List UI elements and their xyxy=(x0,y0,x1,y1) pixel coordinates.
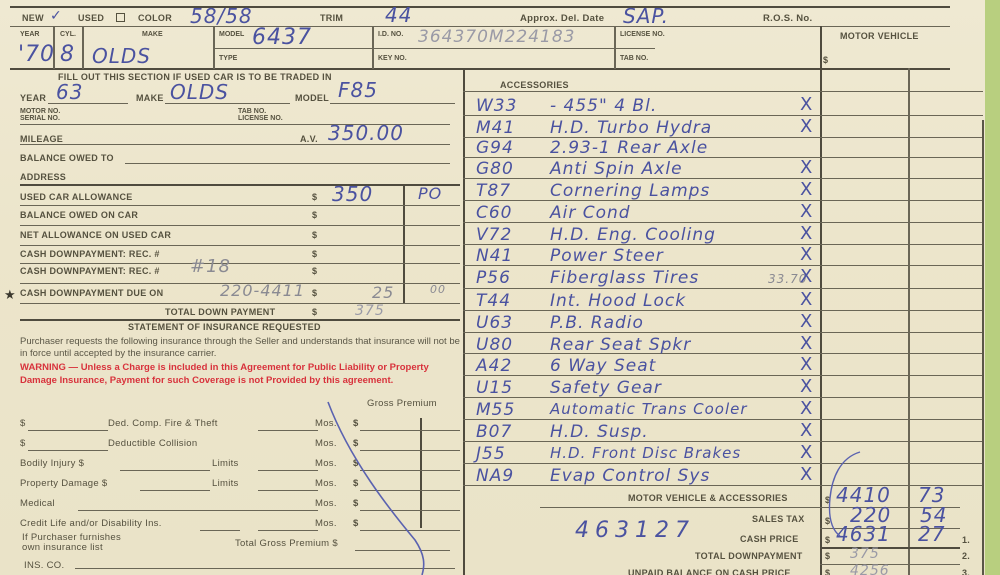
divider xyxy=(125,163,450,164)
cash-price-label: CASH PRICE xyxy=(740,534,799,544)
row-prefix: $ xyxy=(20,418,26,429)
type-label: Type xyxy=(219,55,237,62)
motor-vehicle-label: MOTOR VEHICLE xyxy=(840,31,919,41)
accessory-code: U63 xyxy=(476,313,513,333)
key-no-label: KEY No. xyxy=(378,55,407,62)
av-label: A.V. xyxy=(300,134,318,144)
sales-tax-label: SALES TAX xyxy=(752,514,805,524)
accessory-code: G94 xyxy=(476,138,514,158)
trade-tab-no-label: Tab No. xyxy=(238,108,266,115)
total-downpayment-line: 2. xyxy=(962,551,970,561)
divider xyxy=(908,68,910,575)
divider xyxy=(20,225,460,226)
accessory-check: X xyxy=(800,201,813,222)
serial-no-label: Serial No. xyxy=(20,115,60,122)
new-checkmark: ✓ xyxy=(50,8,63,24)
divider xyxy=(330,103,455,104)
divider xyxy=(982,120,984,575)
divider xyxy=(20,184,460,186)
row-prefix: Property Damage $ xyxy=(20,478,107,489)
accessory-check: X xyxy=(800,157,813,178)
accessory-code: J55 xyxy=(476,444,506,464)
accessory-check: X xyxy=(800,94,813,115)
divider xyxy=(10,68,470,70)
accessory-row: NA9 Evap Control Sys X xyxy=(470,466,825,488)
row-prefix: Bodily Injury $ xyxy=(20,458,84,469)
divider xyxy=(48,103,128,104)
row-dollar: $ xyxy=(312,266,317,276)
row-label: BALANCE OWED ON CAR xyxy=(20,210,138,220)
row-label: CASH DOWNPAYMENT: REC. # xyxy=(20,249,160,259)
row-dollar: $ xyxy=(312,210,317,220)
accessory-check: X xyxy=(800,116,813,137)
accessory-desc: Anti Spin Axle xyxy=(550,159,683,179)
accessories-title: ACCESSORIES xyxy=(500,80,569,90)
id-no-label: I.D. No. xyxy=(378,31,403,38)
row-cents: 00 xyxy=(430,283,446,296)
divider xyxy=(213,26,215,69)
divider xyxy=(78,510,258,511)
divider xyxy=(82,26,84,69)
unpaid-balance-value: 4256 xyxy=(850,563,890,575)
accessory-row: M41 H.D. Turbo Hydra X xyxy=(470,118,825,140)
make-value: OLDS xyxy=(92,44,151,68)
ins-co-label: INS. CO. xyxy=(24,560,64,571)
accessory-row: U80 Rear Seat Spkr X xyxy=(470,335,825,357)
divider xyxy=(820,564,960,565)
unpaid-balance-dollar: $ xyxy=(825,568,830,575)
row-prefix: Medical xyxy=(20,498,55,509)
cyl-label: Cyl. xyxy=(60,31,76,38)
row-prefix: $ xyxy=(20,438,26,449)
motor-no-label: Motor No. xyxy=(20,108,60,115)
trade-model-label: MODEL xyxy=(295,93,329,103)
accessory-row: P56 Fiberglass Tires 33.70 X xyxy=(470,268,825,290)
divider xyxy=(20,205,460,206)
cyl-value: 8 xyxy=(60,42,75,67)
make-label: Make xyxy=(142,31,163,38)
divider xyxy=(20,245,460,246)
divider xyxy=(20,144,450,145)
total-downpayment-label: TOTAL DOWNPAYMENT xyxy=(695,551,803,561)
accessory-code: T44 xyxy=(476,291,511,311)
divider xyxy=(372,26,374,69)
new-label: NEW xyxy=(22,13,44,23)
insurance-intro: Purchaser requests the following insuran… xyxy=(20,336,460,360)
accessory-code: C60 xyxy=(476,203,513,223)
divider xyxy=(460,68,950,70)
accessory-desc: H.D. Front Disc Brakes xyxy=(550,444,741,462)
accessory-desc: Cornering Lamps xyxy=(550,181,710,201)
row-prefix: Credit Life and/or Disability Ins. xyxy=(20,518,162,529)
trade-model-value: F85 xyxy=(338,78,378,102)
margin-note: 463127 xyxy=(575,518,695,543)
divider xyxy=(10,6,950,8)
row-dollar: $ xyxy=(312,249,317,259)
accessory-row: T44 Int. Hood Lock X xyxy=(470,291,825,313)
divider xyxy=(540,507,960,508)
color-value: 58/58 xyxy=(190,4,253,28)
accessory-desc: P.B. Radio xyxy=(550,313,644,333)
divider xyxy=(463,91,983,92)
accessory-code: W33 xyxy=(476,96,517,116)
total-downpayment-dollar: $ xyxy=(825,551,830,561)
accessory-check: X xyxy=(800,244,813,265)
divider xyxy=(200,530,240,531)
accessory-check: X xyxy=(800,376,813,397)
id-no-value: 364370M224183 xyxy=(418,27,575,47)
divider xyxy=(258,490,318,491)
accessory-row: N41 Power Steer X xyxy=(470,246,825,268)
divider xyxy=(463,68,465,575)
accessory-code: V72 xyxy=(476,225,512,245)
accessory-row: U15 Safety Gear X xyxy=(470,378,825,400)
accessory-check: X xyxy=(800,398,813,419)
accessory-code: M55 xyxy=(476,400,515,420)
star-icon: ★ xyxy=(4,287,16,303)
accessory-code: G80 xyxy=(476,159,514,179)
accessory-desc: Automatic Trans Cooler xyxy=(550,400,748,418)
accessory-code: U15 xyxy=(476,378,513,398)
accessory-row: J55 H.D. Front Disc Brakes X xyxy=(470,444,825,466)
accessory-check: X xyxy=(800,311,813,332)
accessory-check: X xyxy=(800,266,813,287)
trim-value: 44 xyxy=(385,3,412,27)
total-down-payment-value: 375 xyxy=(355,303,385,319)
row-value: 350 xyxy=(332,182,373,206)
license-no-label: License No. xyxy=(620,31,665,38)
cash-price-line: 1. xyxy=(962,535,970,545)
accessory-row: W33 - 455" 4 Bl. X xyxy=(470,96,825,118)
mileage-label: MILEAGE xyxy=(20,134,63,144)
accessory-row: A42 6 Way Seat X xyxy=(470,356,825,378)
trim-label: TRIM xyxy=(320,13,343,23)
trade-license-no-label: License No. xyxy=(238,115,283,122)
pen-bracket xyxy=(810,448,870,538)
trade-year-label: YEAR xyxy=(20,93,46,103)
total-down-payment-dollar: $ xyxy=(312,307,317,317)
accessory-desc: 2.93-1 Rear Axle xyxy=(550,138,708,158)
approx-delivery-date-value: SAP. xyxy=(623,4,669,28)
cash-price-cents: 27 xyxy=(918,522,945,546)
row-cents: PO xyxy=(418,184,442,203)
divider xyxy=(258,530,318,531)
accessory-check: X xyxy=(800,289,813,310)
accessory-code: M41 xyxy=(476,118,515,138)
row-dollar: $ xyxy=(312,192,317,202)
row-label: Ded. Comp. Fire & Theft xyxy=(108,418,218,429)
accessory-desc: Power Steer xyxy=(550,246,664,266)
insurance-warning: WARNING — Unless a Charge is included in… xyxy=(20,361,458,387)
approx-delivery-date-label: Approx. Del. Date xyxy=(520,13,604,24)
divider xyxy=(20,319,460,321)
row-dollar: $ xyxy=(312,288,317,298)
trade-year-value: 63 xyxy=(56,80,83,104)
accessory-desc: Safety Gear xyxy=(550,378,662,398)
divider xyxy=(120,470,210,471)
divider xyxy=(258,510,318,511)
model-label: Model xyxy=(219,31,244,38)
row-limits: Limits xyxy=(212,478,239,489)
av-value: 350.00 xyxy=(328,121,404,145)
accessory-row: V72 H.D. Eng. Cooling X xyxy=(470,225,825,247)
year-value: '70 xyxy=(18,42,55,67)
accessory-check: X xyxy=(800,354,813,375)
divider xyxy=(614,26,616,69)
accessory-check: X xyxy=(800,420,813,441)
accessory-desc: - 455" 4 Bl. xyxy=(550,96,657,116)
accessory-code: NA9 xyxy=(476,466,514,486)
row-label: CASH DOWNPAYMENT DUE ON xyxy=(20,288,163,298)
insurance-title: STATEMENT OF INSURANCE REQUESTED xyxy=(128,322,321,332)
row-note: 220-4411 xyxy=(220,281,305,300)
accessory-desc: Rear Seat Spkr xyxy=(550,335,691,355)
accessory-check: X xyxy=(800,179,813,200)
unpaid-balance-line: 3. xyxy=(962,568,970,575)
accessory-row: G80 Anti Spin Axle X xyxy=(470,159,825,181)
accessory-desc: H.D. Eng. Cooling xyxy=(550,225,716,245)
unpaid-balance-label: UNPAID BALANCE ON CASH PRICE xyxy=(628,568,791,575)
divider xyxy=(20,263,460,264)
row-label: USED CAR ALLOWANCE xyxy=(20,192,133,202)
balance-owed-to-label: BALANCE OWED TO xyxy=(20,153,114,163)
model-value: 6437 xyxy=(252,25,312,50)
allowance-row: CASH DOWNPAYMENT: REC. # $ xyxy=(20,248,460,268)
accessory-row: M55 Automatic Trans Cooler X xyxy=(470,400,825,422)
accessory-code: B07 xyxy=(476,422,512,442)
accessory-check: X xyxy=(800,333,813,354)
purchaser-furnishes-label: If Purchaser furnishes own insurance lis… xyxy=(22,533,132,553)
divider xyxy=(258,430,318,431)
row-label: Deductible Collision xyxy=(108,438,197,449)
total-downpayment-value: 375 xyxy=(850,546,880,562)
year-label: Year xyxy=(20,31,39,38)
accessory-desc: 6 Way Seat xyxy=(550,356,656,376)
accessory-check: X xyxy=(800,223,813,244)
accessory-row: T87 Cornering Lamps X xyxy=(470,181,825,203)
tab-no-label: Tab No. xyxy=(620,55,648,62)
sales-form: NEW ✓ USED COLOR 58/58 TRIM 44 Approx. D… xyxy=(0,0,985,575)
row-limits: Limits xyxy=(212,458,239,469)
accessory-code: N41 xyxy=(476,246,513,266)
trade-make-value: OLDS xyxy=(170,80,229,104)
accessory-row: C60 Air Cond X xyxy=(470,203,825,225)
accessory-desc: Fiberglass Tires xyxy=(550,268,699,288)
address-label: ADDRESS xyxy=(20,172,66,182)
divider xyxy=(165,103,290,104)
accessory-desc: H.D. Susp. xyxy=(550,422,649,442)
accessory-row: U63 P.B. Radio X xyxy=(470,313,825,335)
accessory-row: B07 H.D. Susp. X xyxy=(470,422,825,444)
divider xyxy=(20,303,460,304)
used-label: USED xyxy=(78,13,104,23)
accessory-row: G94 2.93-1 Rear Axle xyxy=(470,138,825,160)
row-value: 25 xyxy=(372,283,394,302)
row-note: #18 xyxy=(190,256,231,277)
allowance-row: CASH DOWNPAYMENT DUE ON 220-4411 $ 25 00 xyxy=(20,287,460,307)
divider xyxy=(820,547,960,549)
green-edge xyxy=(985,0,1000,575)
accessory-code: U80 xyxy=(476,335,513,355)
total-down-payment-label: TOTAL DOWN PAYMENT xyxy=(165,307,275,317)
accessory-code: A42 xyxy=(476,356,512,376)
divider xyxy=(140,490,210,491)
row-label: NET ALLOWANCE ON USED CAR xyxy=(20,230,171,240)
divider xyxy=(28,450,108,451)
accessory-desc: Air Cond xyxy=(550,203,631,223)
color-label: COLOR xyxy=(138,13,172,23)
divider xyxy=(28,430,108,431)
pen-stroke xyxy=(320,400,440,575)
accessory-code: P56 xyxy=(476,268,511,288)
accessory-code: T87 xyxy=(476,181,511,201)
accessory-desc: Evap Control Sys xyxy=(550,466,710,486)
motor-vehicle-accessories-label: MOTOR VEHICLE & ACCESSORIES xyxy=(628,493,788,503)
ros-no-label: R.O.S. No. xyxy=(763,13,812,24)
divider xyxy=(258,470,318,471)
accessory-desc: Int. Hood Lock xyxy=(550,291,686,311)
row-dollar: $ xyxy=(312,230,317,240)
row-label: CASH DOWNPAYMENT: REC. # xyxy=(20,266,160,276)
used-checkbox[interactable] xyxy=(116,13,125,22)
trade-make-label: MAKE xyxy=(136,93,164,103)
motor-vehicle-dollar: $ xyxy=(823,55,828,65)
accessory-desc: H.D. Turbo Hydra xyxy=(550,118,712,138)
